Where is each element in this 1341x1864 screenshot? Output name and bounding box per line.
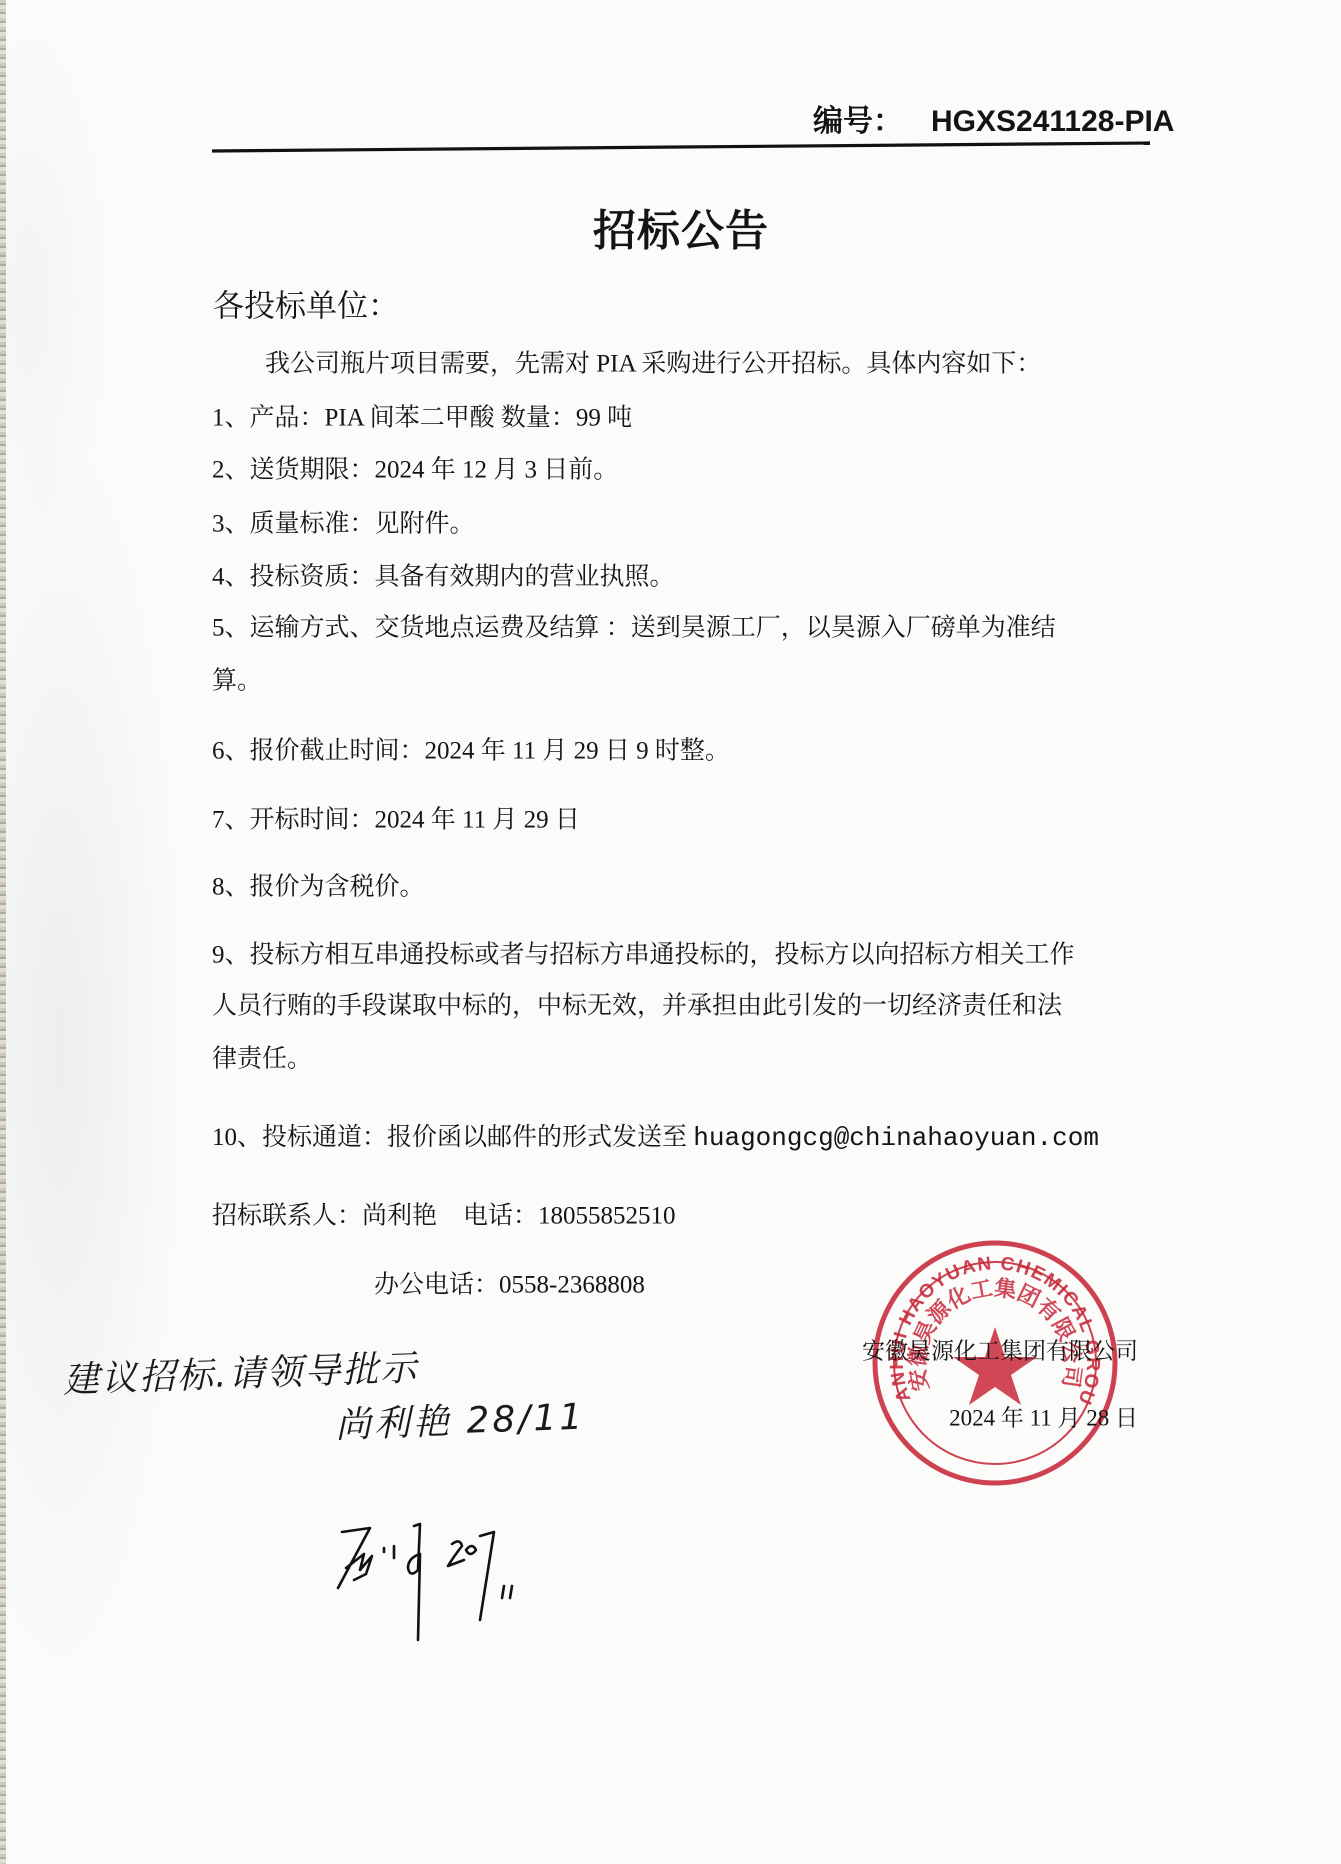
item-9-line-1: 9、投标方相互串通投标或者与招标方串通投标的，投标方以向招标方相关工作 (212, 943, 1075, 968)
item-7: 7、开标时间：2024 年 11 月 29 日 (212, 808, 580, 833)
item-1: 1、产品：PIA 间苯二甲酸 数量：99 吨 (212, 406, 632, 431)
contact-person-label: 招标联系人： (212, 1203, 362, 1230)
item-5-line-1: 5、运输方式、交货地点运费及结算 ：送到昊源工厂，以昊源入厂磅单为准结 (212, 616, 1056, 641)
office-phone-label: 办公电话： (374, 1272, 499, 1299)
item-10-text: 10、投标通道：报价函以邮件的形式发送至 (212, 1124, 693, 1151)
item-6: 6、报价截止时间：2024 年 11 月 29 日 9 时整。 (212, 739, 730, 764)
greeting: 各投标单位： (213, 292, 399, 323)
item-10: 10、投标通道：报价函以邮件的形式发送至 huagongcg@chinahaoy… (212, 1125, 1099, 1151)
contact-phone-label: 电话： (463, 1203, 538, 1230)
contact-line: 招标联系人：尚利艳电话：18055852510 (212, 1204, 676, 1229)
handwritten-signature-line: 尚利艳 28/11 (334, 1400, 585, 1445)
item-8: 8、报价为含税价。 (212, 875, 425, 900)
item-9-line-2: 人员行贿的手段谋取中标的，中标无效，并承担由此引发的一切经济责任和法 (212, 994, 1062, 1019)
page-title: 招标公告 (593, 211, 769, 254)
contact-person: 尚利艳 (362, 1203, 437, 1230)
office-phone: 0558-2368808 (499, 1272, 645, 1299)
issuer-company: 安徽昊源化工集团有限公司 (862, 1340, 1138, 1363)
intro-paragraph: 我公司瓶片项目需要，先需对 PIA 采购进行公开招标。具体内容如下： (265, 352, 1041, 377)
email-link[interactable]: huagongcg@chinahaoyuan.com (693, 1123, 1099, 1153)
header-rule (0, 0, 1341, 200)
item-5-line-2: 算。 (212, 669, 262, 694)
item-9-line-3: 律责任。 (212, 1047, 312, 1072)
item-4: 4、投标资质：具备有效期内的营业执照。 (212, 565, 675, 590)
approval-signature (320, 1510, 530, 1660)
issue-date: 2024 年 11 月 28 日 (949, 1407, 1138, 1430)
office-phone-line: 办公电话：0558-2368808 (374, 1273, 645, 1298)
handwritten-note: 建议招标.请领导批示 (62, 1351, 418, 1399)
contact-phone: 18055852510 (538, 1203, 676, 1230)
item-3: 3、质量标准：见附件。 (212, 512, 475, 537)
scan-edge (0, 0, 6, 1864)
paper-texture (0, 0, 1341, 1864)
item-2: 2、送货期限：2024 年 12 月 3 日前。 (212, 458, 618, 483)
